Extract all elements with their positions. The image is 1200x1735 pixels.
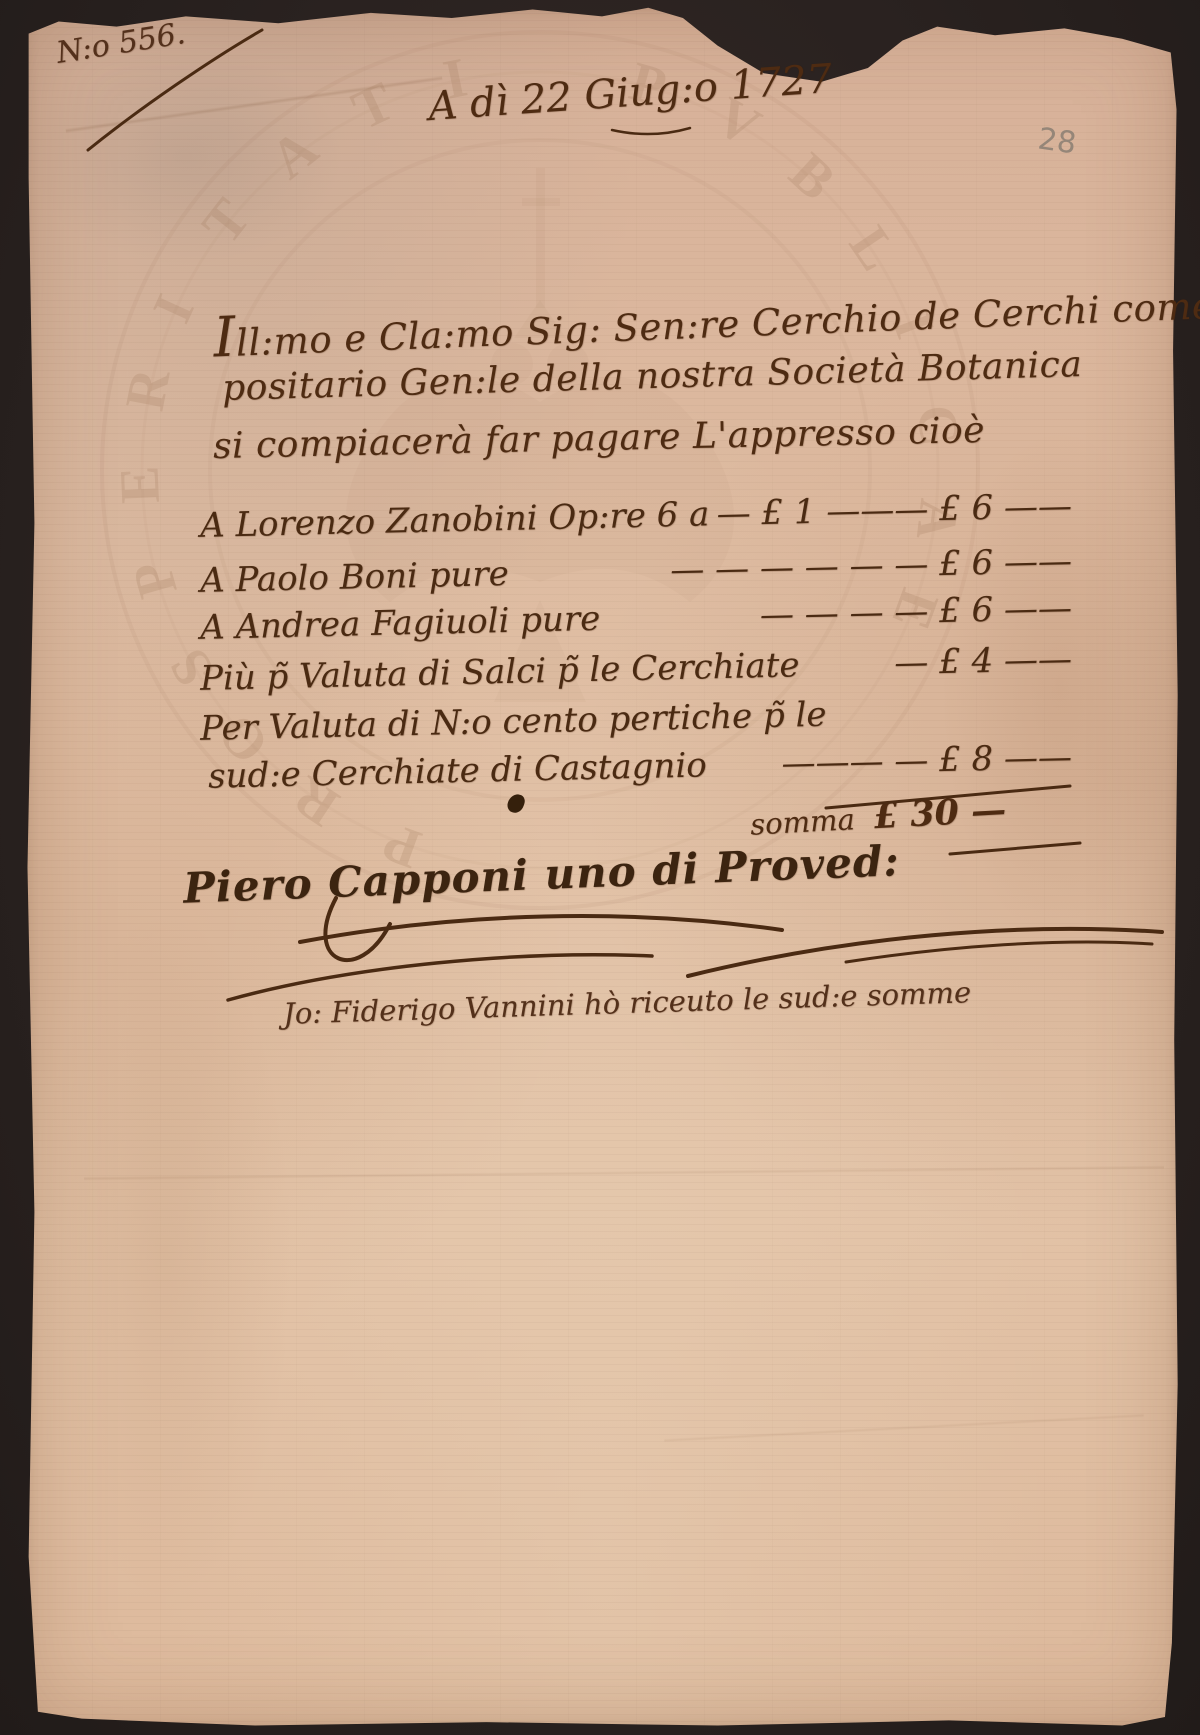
paper-crease	[66, 76, 443, 134]
paper-crease	[664, 1413, 1144, 1442]
photo-background: PROSPERITATI PVBLICAE N:o 556. 28 A dì 2…	[0, 0, 1200, 1735]
paper-crease	[84, 1165, 1164, 1180]
sum-label: somma	[749, 802, 855, 841]
paper-stain	[24, 46, 344, 266]
ledger-row-amount: ——— — £ 8 ——	[781, 737, 1072, 784]
sum-amount: £ 30 —	[873, 789, 1007, 837]
ledger-row-amount: — £ 1 ——— £ 6 ——	[716, 486, 1072, 534]
ledger-row-amount: — £ 4 ——	[894, 639, 1073, 683]
ledger-row-amount: — — — — £ 6 ——	[759, 588, 1072, 635]
ledger-row-text: A Paolo Boni pure	[200, 554, 510, 601]
pencil-folio-number: 28	[1036, 122, 1079, 162]
paper-stain	[34, 906, 294, 1606]
